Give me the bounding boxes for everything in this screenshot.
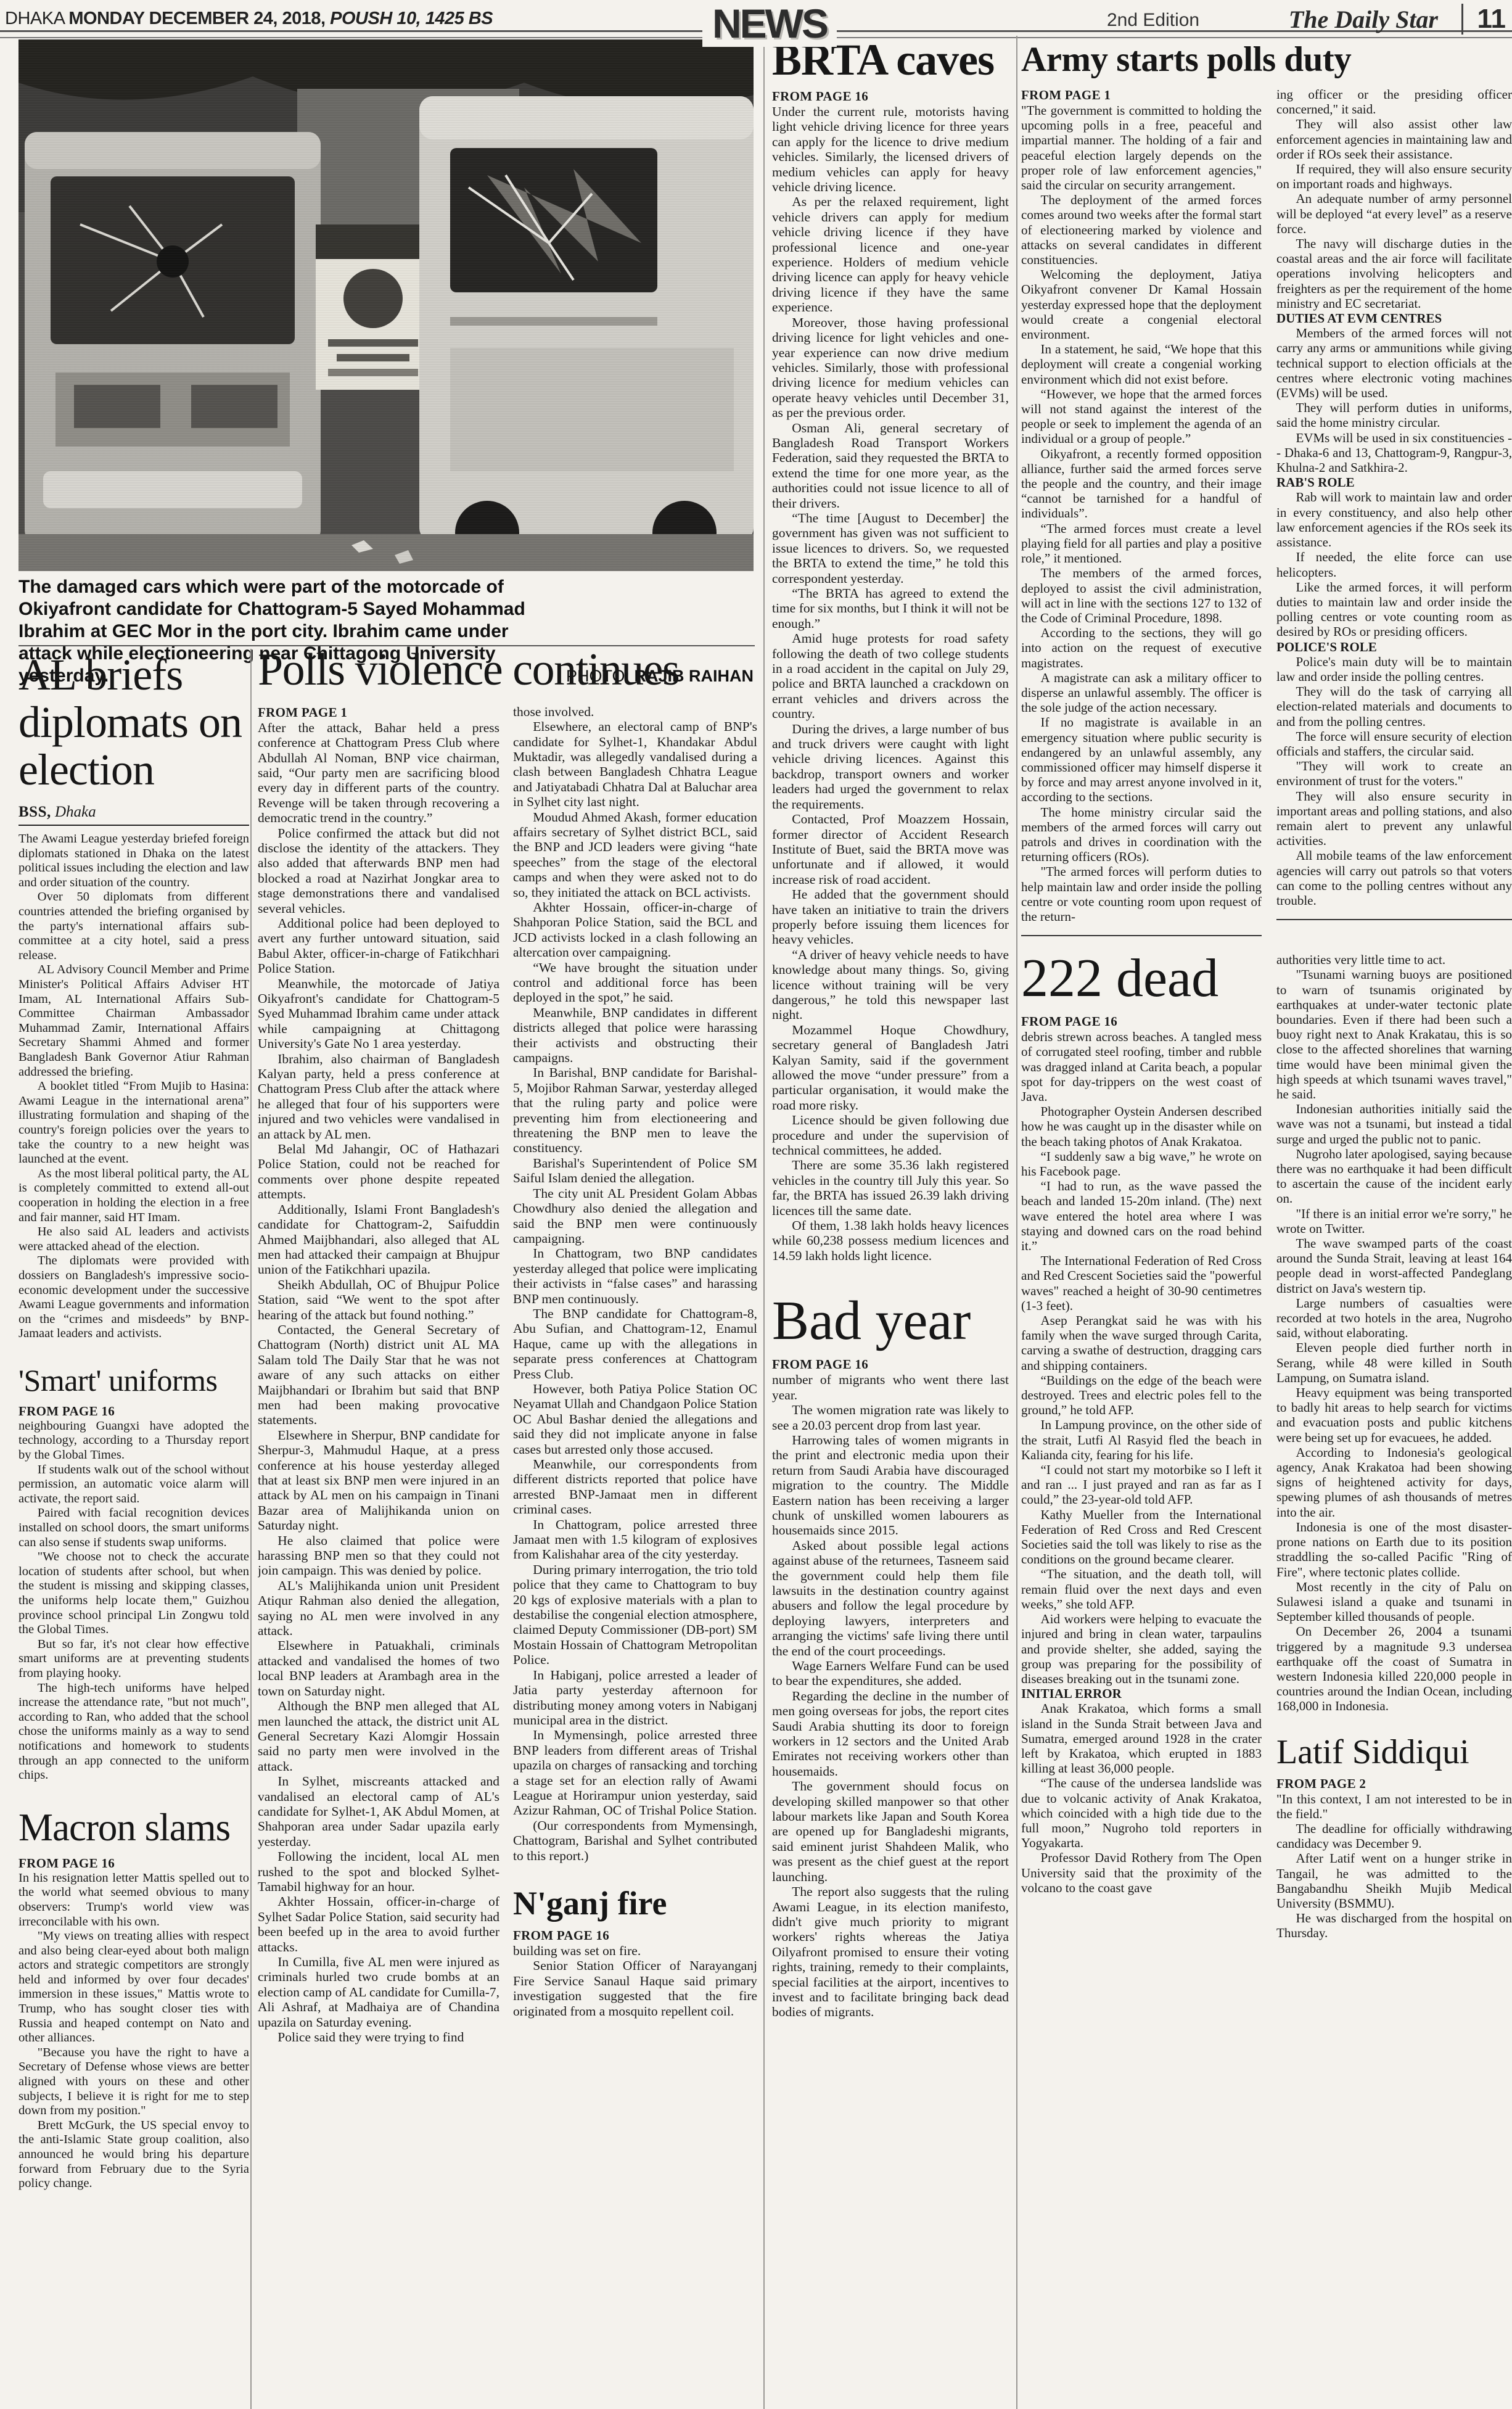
al-briefs-headline: AL briefs diplomats on election (18, 651, 249, 794)
paragraph: Wage Earners Welfare Fund can be used to… (772, 1658, 1009, 1689)
brta-caves-body: Under the current rule, motorists having… (772, 104, 1009, 1263)
paragraph: authorities very little time to act. (1276, 952, 1512, 967)
article-222-dead: 222 dead FROM PAGE 16 debris strewn acro… (1021, 947, 1262, 1895)
paragraph: The report also suggests that the ruling… (772, 1884, 1009, 2020)
macron-slams-body: In his resignation letter Mattis spelled… (18, 1871, 249, 2191)
newspaper-logo: The Daily Star (1289, 5, 1438, 34)
paragraph: Meanwhile, our correspondents from diffe… (513, 1457, 757, 1517)
paragraph: In Barishal, BNP candidate for Barishal-… (513, 1065, 757, 1155)
paragraph: Contacted, Prof Moazzem Hossain, former … (772, 812, 1009, 887)
polls-violence-headline: Polls violence continues (258, 646, 757, 694)
paragraph: The International Federation of Red Cros… (1021, 1253, 1262, 1313)
nganj-fire-body: building was set on fire.Senior Station … (513, 1943, 757, 2019)
dateline-city: DHAKA (5, 9, 68, 28)
paragraph: The home ministry circular said the memb… (1021, 805, 1262, 865)
paragraph: The women migration rate was likely to s… (772, 1402, 1009, 1433)
article-brta-caves: BRTA caves FROM PAGE 16 Under the curren… (772, 35, 1009, 1263)
paragraph: All mobile teams of the law enforcement … (1276, 848, 1512, 908)
paragraph: Police said they were trying to find (258, 2030, 499, 2045)
paragraph: Eleven people died further north in Sera… (1276, 1340, 1512, 1385)
article-divider (1276, 919, 1512, 920)
paragraph: “The armed forces must create a level pl… (1021, 521, 1262, 566)
left-column: AL briefs diplomats on election BSS, Dha… (18, 651, 249, 2405)
bad-year-headline: Bad year (772, 1289, 1009, 1353)
paragraph: There are some 35.36 lakh registered veh… (772, 1158, 1009, 1218)
article-macron-slams: Macron slams FROM PAGE 16 In his resigna… (18, 1805, 249, 2191)
222-dead-headline: 222 dead (1021, 947, 1262, 1010)
column-rule (250, 649, 252, 2409)
army-polls-body-1: "The government is committed to holding … (1021, 103, 1262, 924)
paragraph: “We have brought the situation under con… (513, 960, 757, 1005)
paragraph: Indonesian authorities initially said th… (1276, 1102, 1512, 1147)
latif-siddiqui-headline: Latif Siddiqui (1276, 1732, 1512, 1772)
paragraph: Osman Ali, general secretary of Banglade… (772, 421, 1009, 511)
page-number: 11 (1461, 4, 1506, 35)
macron-slams-headline: Macron slams (18, 1805, 249, 1850)
paragraph: They will perform duties in uniforms, sa… (1276, 400, 1512, 430)
army-polls-headline: Army starts polls duty (1021, 39, 1512, 80)
paragraph: The diplomats were provided with dossier… (18, 1254, 249, 1341)
paragraph: Indonesia is one of the most disaster-pr… (1276, 1520, 1512, 1579)
article-al-briefs: AL briefs diplomats on election BSS, Dha… (18, 651, 249, 1341)
paragraph: According to the sections, they will go … (1021, 625, 1262, 670)
paragraph: Sheikh Abdullah, OC of Bhujpur Police St… (258, 1277, 499, 1322)
masthead: DHAKA MONDAY DECEMBER 24, 2018, POUSH 10… (0, 0, 1512, 36)
article-divider (1021, 935, 1262, 936)
subhead: INITIAL ERROR (1021, 1686, 1262, 1701)
paragraph: However, both Patiya Police Station OC N… (513, 1382, 757, 1457)
paragraph: "They will work to create an environment… (1276, 759, 1512, 788)
paragraph: EVMs will be used in six constituencies … (1276, 430, 1512, 476)
article-latif-siddiqui: Latif Siddiqui FROM PAGE 2 "In this cont… (1276, 1732, 1512, 1941)
column-rule (763, 36, 765, 2409)
paragraph: “The cause of the undersea landslide was… (1021, 1776, 1262, 1850)
paragraph: Contacted, the General Secretary of Chat… (258, 1322, 499, 1428)
paragraph: Elsewhere, an electoral camp of BNP's ca… (513, 719, 757, 809)
paragraph: Under the current rule, motorists having… (772, 104, 1009, 194)
paragraph: During primary interrogation, the trio t… (513, 1562, 757, 1668)
army-polls-body-2: ing officer or the presiding officer con… (1276, 87, 1512, 908)
continuation-kicker: FROM PAGE 16 (18, 1855, 249, 1871)
paragraph: "In this context, I am not interested to… (1276, 1792, 1512, 1821)
paragraph: Photographer Oystein Andersen described … (1021, 1104, 1262, 1149)
continuation-kicker: FROM PAGE 16 (772, 88, 1009, 104)
paragraph: As per the relaxed requirement, light ve… (772, 194, 1009, 315)
foliage-shape (18, 39, 754, 108)
paragraph: Moudud Ahmed Akash, former education aff… (513, 810, 757, 900)
article-bad-year: Bad year FROM PAGE 16 number of migrants… (772, 1289, 1009, 2019)
subhead: DUTIES AT EVM CENTRES (1276, 311, 1512, 326)
latif-siddiqui-body: "In this context, I am not interested to… (1276, 1792, 1512, 1941)
paragraph: In Lampung province, on the other side o… (1021, 1417, 1262, 1462)
paragraph: He also claimed that police were harassi… (258, 1533, 499, 1578)
paragraph: Meanwhile, BNP candidates in different d… (513, 1005, 757, 1066)
paragraph: Paired with facial recognition devices i… (18, 1506, 249, 1550)
paragraph: building was set on fire. (513, 1943, 757, 1958)
smart-uniforms-headline: 'Smart' uniforms (18, 1362, 249, 1398)
paragraph: A booklet titled “From Mujib to Hasina: … (18, 1079, 249, 1167)
paragraph: If no magistrate is available in an emer… (1021, 715, 1262, 804)
paragraph: “The BRTA has agreed to extend the time … (772, 586, 1009, 631)
paragraph: Additional police had been deployed to a… (258, 916, 499, 976)
paragraph: "We choose not to check the accurate loc… (18, 1550, 249, 1637)
bad-year-body: number of migrants who went there last y… (772, 1372, 1009, 2019)
paragraph: Anak Krakatoa, which forms a small islan… (1021, 1701, 1262, 1776)
army-column-1: FROM PAGE 1 "The government is committed… (1021, 87, 1262, 2401)
paragraph: Heavy equipment was being transported to… (1276, 1385, 1512, 1445)
paragraph: Senior Station Officer of Narayanganj Fi… (513, 1958, 757, 2019)
edition-label: 2nd Edition (1107, 10, 1199, 31)
paragraph: “I could not start my motorbike so I lef… (1021, 1462, 1262, 1507)
paragraph: Kathy Mueller from the International Fed… (1021, 1507, 1262, 1567)
paragraph: Most recently in the city of Palu on Sul… (1276, 1579, 1512, 1625)
continuation-kicker: FROM PAGE 16 (772, 1356, 1009, 1372)
paragraph: Over 50 diplomats from different countri… (18, 890, 249, 963)
paragraph: Moreover, those having professional driv… (772, 315, 1009, 421)
paragraph: In Chattogram, police arrested three Jam… (513, 1517, 757, 1562)
paragraph: A magistrate can ask a military officer … (1021, 670, 1262, 715)
paragraph: Brett McGurk, the US special envoy to th… (18, 2119, 249, 2191)
paragraph: Barishal's Superintendent of Police SM S… (513, 1156, 757, 1186)
paragraph: The Awami League yesterday briefed forei… (18, 832, 249, 890)
paragraph: Akhter Hossain, officer-in-charge of Syl… (258, 1894, 499, 1954)
broken-window-shards (487, 169, 641, 274)
paragraph: An adequate number of army personnel wil… (1276, 191, 1512, 236)
paragraph: As the most liberal political party, the… (18, 1167, 249, 1225)
paragraph: Meanwhile, the motorcade of Jatiya Oikya… (258, 976, 499, 1052)
polls-violence-column-1: FROM PAGE 1 After the attack, Bahar held… (258, 704, 499, 2379)
article-nganj-fire: N'ganj fire FROM PAGE 16 building was se… (513, 1884, 757, 2019)
polls-violence-body-1: After the attack, Bahar held a press con… (258, 720, 499, 2045)
paragraph: In Habiganj, police arrested a leader of… (513, 1668, 757, 1728)
paragraph: “The situation, and the death toll, will… (1021, 1567, 1262, 1612)
road (18, 534, 754, 571)
paragraph: Harrowing tales of women migrants in the… (772, 1433, 1009, 1538)
paragraph: Mozammel Hoque Chowdhury, secretary gene… (772, 1023, 1009, 1113)
paragraph: "Tsunami warning buoys are positioned to… (1276, 967, 1512, 1102)
smart-uniforms-body: neighbouring Guangxi have adopted the te… (18, 1419, 249, 1783)
paragraph: Additionally, Islami Front Bangladesh's … (258, 1202, 499, 1277)
paragraph: Police's main duty will be to maintain l… (1276, 654, 1512, 684)
paragraph: He was discharged from the hospital on T… (1276, 1911, 1512, 1940)
paragraph: According to Indonesia's geological agen… (1276, 1445, 1512, 1520)
nganj-fire-headline: N'ganj fire (513, 1884, 757, 1922)
paragraph: debris strewn across beaches. A tangled … (1021, 1029, 1262, 1104)
paragraph: They will also assist other law enforcem… (1276, 117, 1512, 162)
paragraph: If needed, the elite force can use helic… (1276, 550, 1512, 579)
continuation-kicker: FROM PAGE 1 (258, 704, 499, 720)
paragraph: Licence should be given following due pr… (772, 1113, 1009, 1158)
dateline: DHAKA MONDAY DECEMBER 24, 2018, POUSH 10… (5, 9, 493, 29)
paragraph: Police confirmed the attack but did not … (258, 826, 499, 916)
paragraph: On December 26, 2004 a tsunami triggered… (1276, 1624, 1512, 1713)
column-rule (1016, 36, 1017, 2409)
paragraph: ing officer or the presiding officer con… (1276, 87, 1512, 117)
paragraph: "The government is committed to holding … (1021, 103, 1262, 192)
paragraph: Rab will work to maintain law and order … (1276, 490, 1512, 550)
shattered-glass-cracks (80, 206, 222, 317)
paragraph: But so far, it's not clear how effective… (18, 1637, 249, 1681)
paragraph: The members of the armed forces, deploye… (1021, 566, 1262, 625)
dateline-date: MONDAY DECEMBER 24, 2018, (68, 9, 330, 28)
continuation-kicker: FROM PAGE 16 (18, 1403, 249, 1419)
paragraph: Akhter Hossain, officer-in-charge of Sha… (513, 900, 757, 960)
paragraph: neighbouring Guangxi have adopted the te… (18, 1419, 249, 1463)
paragraph: Belal Md Jahangir, OC of Hathazari Polic… (258, 1142, 499, 1202)
paragraph: The deployment of the armed forces comes… (1021, 192, 1262, 267)
byline-agency: BSS, (18, 804, 51, 820)
paragraph: The force will ensure security of electi… (1276, 729, 1512, 759)
army-region: Army starts polls duty FROM PAGE 1 "The … (1021, 39, 1512, 2401)
subhead: POLICE'S ROLE (1276, 640, 1512, 654)
222-dead-body-1: debris strewn across beaches. A tangled … (1021, 1029, 1262, 1895)
paragraph: If required, they will also ensure secur… (1276, 162, 1512, 191)
paragraph: The city unit AL President Golam Abbas C… (513, 1186, 757, 1246)
byline-rule (18, 825, 249, 826)
paragraph: “Buildings on the edge of the beach were… (1021, 1373, 1262, 1418)
paragraph: The deadline for officially withdrawing … (1276, 1821, 1512, 1851)
paragraph: The government should focus on developin… (772, 1779, 1009, 1884)
paragraph: The high-tech uniforms have helped incre… (18, 1681, 249, 1783)
paragraph: Ibrahim, also chairman of Bangladesh Kal… (258, 1052, 499, 1142)
paragraph: Welcoming the deployment, Jatiya Oikyafr… (1021, 267, 1262, 342)
byline-place: Dhaka (51, 804, 96, 820)
paragraph: Nugroho later apologised, saying because… (1276, 1147, 1512, 1206)
paragraph: AL's Malijhikanda union unit President A… (258, 1578, 499, 1639)
paragraph: Asep Perangkat said he was with his fami… (1021, 1313, 1262, 1373)
paragraph: He added that the government should have… (772, 887, 1009, 947)
paragraph: “However, we hope that the armed forces … (1021, 387, 1262, 447)
paragraph: “The time [August to December] the gover… (772, 511, 1009, 586)
paragraph: those involved. (513, 704, 757, 719)
paragraph: He also said AL leaders and activists we… (18, 1225, 249, 1254)
paragraph: number of migrants who went there last y… (772, 1372, 1009, 1402)
al-briefs-body: The Awami League yesterday briefed forei… (18, 832, 249, 1341)
paragraph: They will also ensure security in import… (1276, 789, 1512, 849)
continuation-kicker: FROM PAGE 2 (1276, 1776, 1512, 1792)
polls-violence-column-2: those involved.Elsewhere, an electoral c… (513, 704, 757, 2379)
paragraph: Oikyafront, a recently formed opposition… (1021, 447, 1262, 521)
brta-column: BRTA caves FROM PAGE 16 Under the curren… (772, 35, 1009, 2409)
paragraph: During the drives, a large number of bus… (772, 722, 1009, 812)
paragraph: The navy will discharge duties in the co… (1276, 236, 1512, 311)
vehicle-right (419, 96, 754, 565)
continuation-kicker: FROM PAGE 16 (513, 1927, 757, 1943)
paragraph: In his resignation letter Mattis spelled… (18, 1871, 249, 1929)
damaged-cars-photo (18, 39, 754, 571)
polls-violence-body-2: those involved.Elsewhere, an electoral c… (513, 704, 757, 1863)
campaign-poster (316, 224, 430, 390)
paragraph: In Chattogram, two BNP candidates yester… (513, 1246, 757, 1306)
paragraph: Although the BNP men alleged that AL men… (258, 1699, 499, 1774)
paragraph: “I suddenly saw a big wave,” he wrote on… (1021, 1149, 1262, 1179)
paragraph: "Because you have the right to have a Se… (18, 2046, 249, 2119)
paragraph: (Our correspondents from Mymensingh, Cha… (513, 1818, 757, 1863)
article-polls-violence: Polls violence continues FROM PAGE 1 Aft… (258, 646, 757, 2379)
subhead: RAB'S ROLE (1276, 475, 1512, 490)
paragraph: They will do the task of carrying all el… (1276, 684, 1512, 729)
paragraph: Members of the armed forces will not car… (1276, 326, 1512, 400)
paragraph: After Latif went on a hunger strike in T… (1276, 1851, 1512, 1911)
byline: BSS, Dhaka (18, 804, 249, 821)
paragraph: Regarding the decline in the number of m… (772, 1689, 1009, 1779)
paragraph: In Mymensingh, police arrested three BNP… (513, 1727, 757, 1818)
paragraph: In Cumilla, five AL men were injured as … (258, 1954, 499, 2030)
army-column-2: ing officer or the presiding officer con… (1276, 87, 1512, 2401)
paragraph: Professor David Rothery from The Open Un… (1021, 1850, 1262, 1895)
paragraph: "My views on treating allies with respec… (18, 1929, 249, 2046)
paragraph: After the attack, Bahar held a press con… (258, 720, 499, 826)
paragraph: In Sylhet, miscreants attacked and vanda… (258, 1774, 499, 1849)
dateline-bangla-date: POUSH 10, 1425 BS (330, 9, 493, 28)
paragraph: "If there is an initial error we're sorr… (1276, 1206, 1512, 1236)
newspaper-page: DHAKA MONDAY DECEMBER 24, 2018, POUSH 10… (0, 0, 1512, 2409)
paragraph: The BNP candidate for Chattogram-8, Abu … (513, 1306, 757, 1382)
background-building (297, 89, 519, 249)
paragraph: “A driver of heavy vehicle needs to have… (772, 947, 1009, 1023)
continuation-kicker: FROM PAGE 16 (1021, 1013, 1262, 1029)
paragraph: Following the incident, local AL men rus… (258, 1849, 499, 1894)
paragraph: Asked about possible legal actions again… (772, 1538, 1009, 1658)
paragraph: The wave swamped parts of the coast arou… (1276, 1236, 1512, 1296)
paragraph: Large numbers of casualties were recorde… (1276, 1296, 1512, 1341)
section-title: NEWS (702, 0, 837, 47)
paragraph: Like the armed forces, it will perform d… (1276, 580, 1512, 640)
paragraph: Of them, 1.38 lakh holds heavy licences … (772, 1218, 1009, 1263)
paragraph: “I had to run, as the wave passed the be… (1021, 1179, 1262, 1253)
paragraph: AL Advisory Council Member and Prime Min… (18, 963, 249, 1079)
paragraph: In a statement, he said, “We hope that t… (1021, 342, 1262, 387)
paragraph: Amid huge protests for road safety follo… (772, 631, 1009, 721)
continuation-kicker: FROM PAGE 1 (1021, 87, 1262, 103)
paragraph: "The armed forces will perform duties to… (1021, 864, 1262, 924)
paragraph: Aid workers were helping to evacuate the… (1021, 1612, 1262, 1686)
paragraph: Elsewhere in Patuakhali, criminals attac… (258, 1638, 499, 1699)
222-dead-body-2: authorities very little time to act."Tsu… (1276, 952, 1512, 1713)
paragraph: Elsewhere in Sherpur, BNP candidate for … (258, 1428, 499, 1533)
news-photo (18, 39, 754, 571)
paragraph: If students walk out of the school witho… (18, 1463, 249, 1507)
article-smart-uniforms: 'Smart' uniforms FROM PAGE 16 neighbouri… (18, 1362, 249, 1783)
vehicle-left (25, 132, 321, 543)
